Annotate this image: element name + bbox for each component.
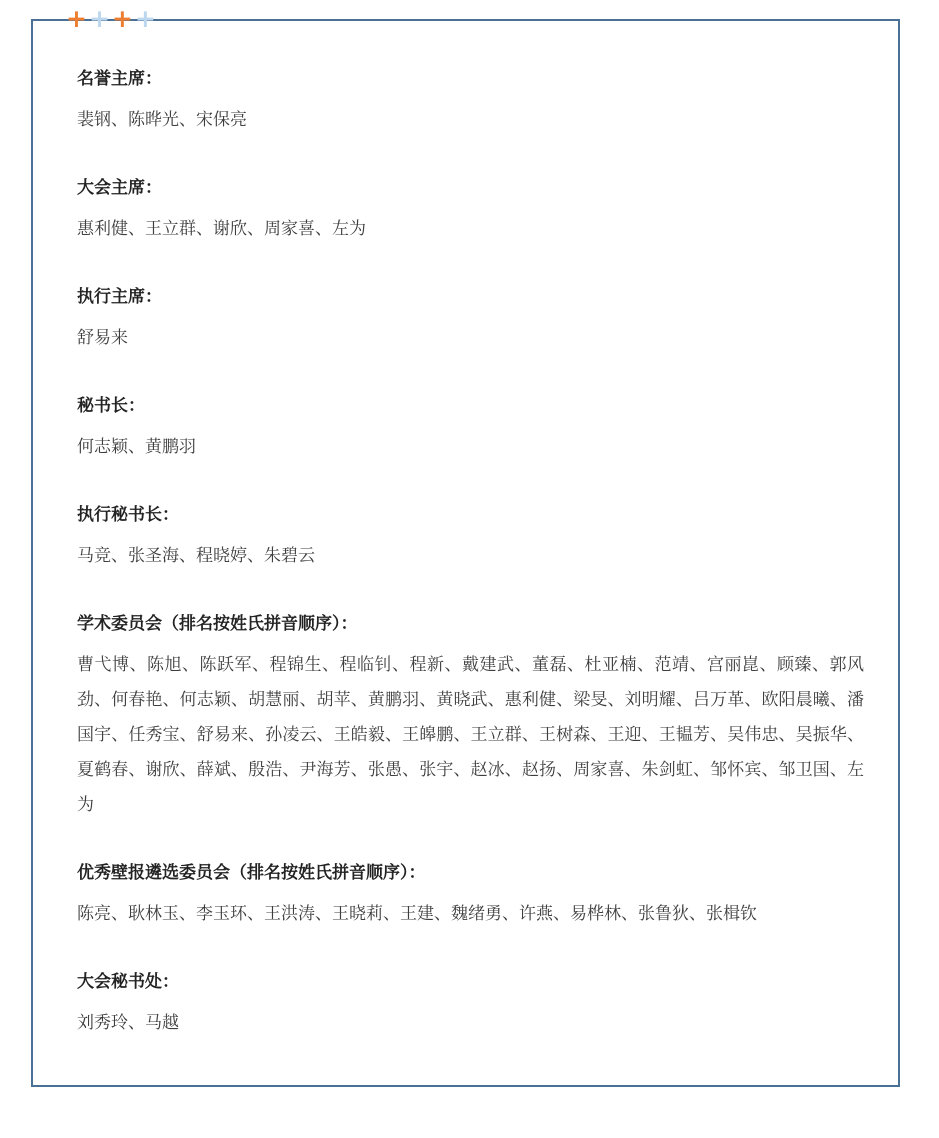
section-heading: 名誉主席：	[77, 67, 864, 91]
section-executive-secretary-general: 执行秘书长： 马竞、张圣海、程晓婷、朱碧云	[77, 503, 864, 574]
plus-icon: +	[112, 6, 133, 31]
section-heading: 秘书长：	[77, 394, 864, 418]
section-heading: 执行主席：	[77, 285, 864, 309]
section-executive-chair: 执行主席： 舒易来	[77, 285, 864, 356]
section-names: 陈亮、耿林玉、李玉环、王洪涛、王晓莉、王建、魏绪勇、许燕、易桦林、张鲁狄、张楫钦	[77, 897, 864, 932]
section-names: 何志颖、黄鹏羽	[77, 430, 864, 465]
section-heading: 学术委员会（排名按姓氏拼音顺序）：	[77, 612, 864, 636]
section-names: 裴钢、陈晔光、宋保亮	[77, 103, 864, 138]
page: + + + + 名誉主席： 裴钢、陈晔光、宋保亮 大会主席： 惠利健、王立群、谢…	[0, 19, 939, 1138]
section-names: 惠利健、王立群、谢欣、周家喜、左为	[77, 212, 864, 247]
section-heading: 大会主席：	[77, 176, 864, 200]
section-heading: 执行秘书长：	[77, 503, 864, 527]
section-academic-committee: 学术委员会（排名按姓氏拼音顺序）： 曹弋博、陈旭、陈跃军、程锦生、程临钊、程新、…	[77, 612, 864, 823]
plus-icon: +	[135, 6, 156, 31]
section-honorary-chairs: 名誉主席： 裴钢、陈晔光、宋保亮	[77, 67, 864, 138]
section-heading: 优秀壁报遴选委员会（排名按姓氏拼音顺序）：	[77, 861, 864, 885]
section-conference-secretariat: 大会秘书处： 刘秀玲、马越	[77, 970, 864, 1041]
section-names: 曹弋博、陈旭、陈跃军、程锦生、程临钊、程新、戴建武、董磊、杜亚楠、范靖、宫丽崑、…	[77, 648, 864, 823]
section-conference-chairs: 大会主席： 惠利健、王立群、谢欣、周家喜、左为	[77, 176, 864, 247]
committee-panel: + + + + 名誉主席： 裴钢、陈晔光、宋保亮 大会主席： 惠利健、王立群、谢…	[31, 19, 900, 1087]
plus-icon: +	[89, 6, 110, 31]
section-names: 刘秀玲、马越	[77, 1006, 864, 1041]
section-secretary-general: 秘书长： 何志颖、黄鹏羽	[77, 394, 864, 465]
section-names: 马竞、张圣海、程晓婷、朱碧云	[77, 539, 864, 574]
section-poster-selection-committee: 优秀壁报遴选委员会（排名按姓氏拼音顺序）： 陈亮、耿林玉、李玉环、王洪涛、王晓莉…	[77, 861, 864, 932]
section-heading: 大会秘书处：	[77, 970, 864, 994]
plus-decoration: + + + +	[66, 6, 156, 31]
plus-icon: +	[66, 6, 87, 31]
section-names: 舒易来	[77, 321, 864, 356]
